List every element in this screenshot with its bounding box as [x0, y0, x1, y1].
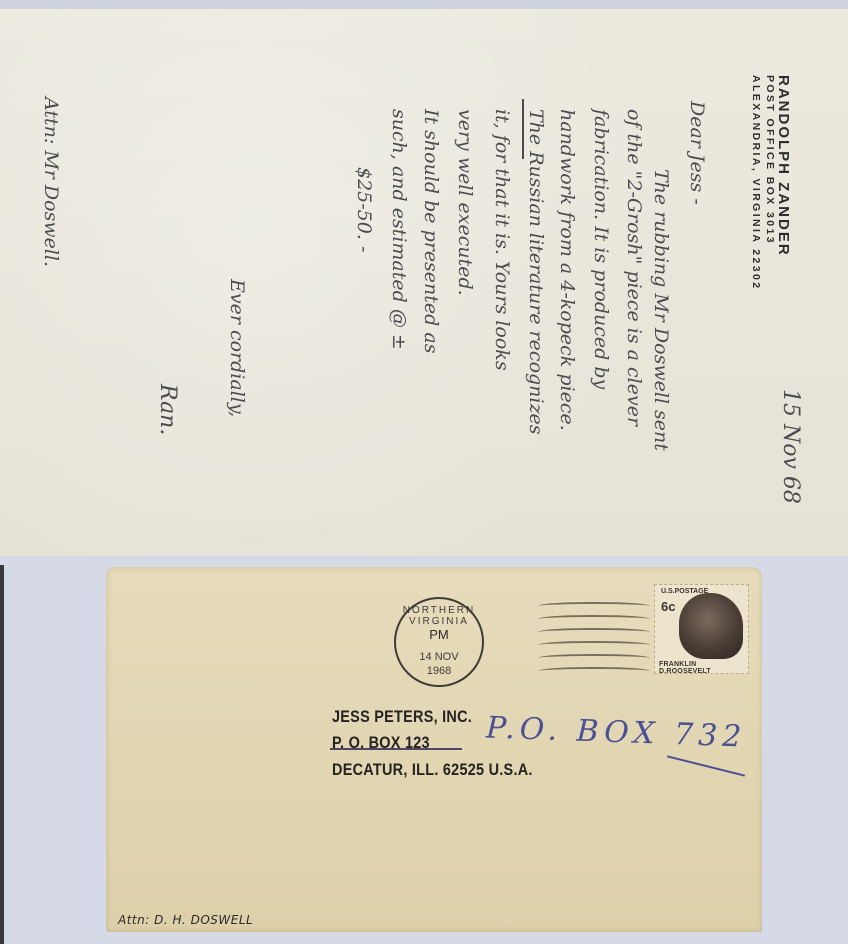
body-line: very well executed. [454, 109, 476, 296]
cancellation-wave [538, 641, 650, 649]
cancellation-wave [538, 667, 650, 675]
body-line: such, and estimated @ ± [388, 109, 410, 350]
letterhead-address-1: POST OFFICE BOX 3013 [764, 75, 776, 245]
handwork-underline [522, 99, 524, 159]
cancellation-wave [538, 628, 650, 636]
body-line: The rubbing Mr Doswell sent [650, 169, 672, 451]
body-line: handwork from a 4-kopeck piece. [556, 109, 578, 431]
cancellation-wave [538, 654, 650, 662]
postmark-year: 1968 [396, 665, 482, 677]
letter-attention-note: Attn: Mr Doswell. [40, 97, 62, 267]
letterhead-name: RANDOLPH ZANDER [775, 75, 792, 257]
postmark-date: 14 NOV [396, 651, 482, 663]
body-line: $25-50. - [353, 167, 375, 252]
stamp-country: U.S.POSTAGE [661, 588, 708, 595]
salutation: Dear Jess - [686, 101, 708, 205]
body-line: of the "2-Grosh" piece is a clever [623, 109, 645, 426]
body-line: The Russian literature recognizes [525, 109, 547, 435]
postmark-time: PM [396, 627, 482, 642]
strikethrough [330, 748, 462, 750]
roosevelt-portrait-icon [679, 593, 743, 659]
envelope: NORTHERN VIRGINIA PM 14 NOV 1968 U.S.POS… [106, 567, 762, 932]
scanner-left-edge [0, 565, 4, 944]
handwritten-box-correction: P.O. BOX 732 [485, 710, 746, 754]
ink-tail [667, 755, 745, 776]
letterhead-address-2: ALEXANDRIA, VIRGINIA 22302 [750, 75, 762, 290]
recipient-city: DECATUR, ILL. 62525 U.S.A. [332, 760, 533, 780]
postmark-location: NORTHERN VIRGINIA [396, 605, 482, 627]
envelope-attention-note: Attn: D. H. DOSWELL [118, 913, 253, 927]
body-line: fabrication. It is produced by [590, 109, 612, 389]
body-line: It should be presented as [420, 109, 442, 353]
cancellation-wave [538, 615, 650, 623]
letter-date: 15 Nov 68 [778, 389, 803, 504]
body-line: it, for that it is. Yours looks [491, 109, 513, 371]
cancellation-wave [538, 602, 650, 610]
letter-sheet: RANDOLPH ZANDER POST OFFICE BOX 3013 ALE… [0, 9, 848, 556]
postage-stamp: U.S.POSTAGE 6c FRANKLIN D.ROOSEVELT [654, 584, 749, 674]
recipient-old-box: P. O. BOX 123 [332, 733, 430, 753]
stamp-value: 6c [661, 599, 675, 614]
postmark: NORTHERN VIRGINIA PM 14 NOV 1968 [394, 597, 484, 687]
closing: Ever cordially, [226, 279, 248, 417]
stamp-caption: FRANKLIN D.ROOSEVELT [659, 661, 748, 675]
recipient-name: JESS PETERS, INC. [332, 707, 472, 727]
signature: Ran. [155, 384, 180, 435]
